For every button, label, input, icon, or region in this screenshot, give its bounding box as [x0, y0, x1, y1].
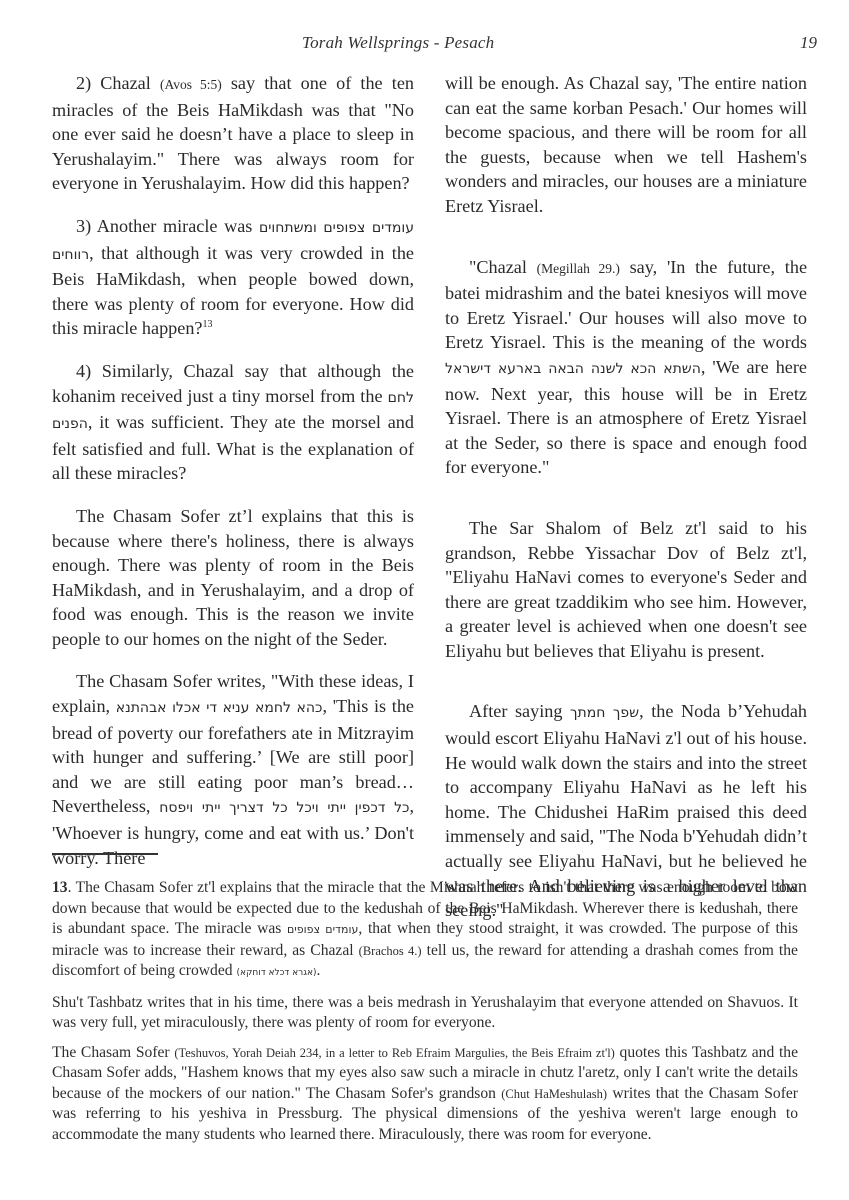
- footnote-13: 13. The Chasam Sofer zt'l explains that …: [52, 878, 798, 984]
- hebrew-quote: עומדים צפופים: [287, 923, 358, 936]
- hebrew-quote: כל דכפין ייתי ויכל כל דצריך ייתי ויפסח: [159, 800, 409, 816]
- paragraph-miracle-4: 4) Similarly, Chazal say that although t…: [52, 359, 414, 486]
- text: 2) Chazal: [76, 73, 160, 93]
- running-head: Torah Wellsprings - Pesach 19: [0, 33, 849, 57]
- paragraph-miracle-3: 3) Another miracle was עומדים צפופים ומש…: [52, 214, 414, 341]
- footnote-divider: [52, 853, 158, 855]
- paragraph-chazal-megillah: "Chazal (Megillah 29.) say, 'In the futu…: [445, 255, 807, 480]
- paragraph-miracle-2: 2) Chazal (Avos 5:5) say that one of the…: [52, 71, 414, 196]
- text: The Chasam Sofer zt’l explains that this…: [52, 506, 414, 649]
- footnotes: 13. The Chasam Sofer zt'l explains that …: [52, 878, 798, 1154]
- text: "Chazal: [469, 257, 537, 277]
- text: 4) Similarly, Chazal say that although t…: [52, 361, 414, 406]
- paragraph-sar-shalom: The Sar Shalom of Belz zt'l said to his …: [445, 516, 807, 664]
- text: , it was sufficient. They ate the morsel…: [52, 412, 414, 483]
- running-title: Torah Wellsprings - Pesach: [302, 33, 494, 53]
- text: The Sar Shalom of Belz zt'l said to his …: [445, 518, 807, 661]
- citation: (Teshuvos, Yorah Deiah 234, in a letter …: [174, 1046, 615, 1060]
- text: After saying: [469, 701, 570, 721]
- hebrew-quote: השתא הכא לשנה הבאה בארעא דישראל: [445, 361, 701, 377]
- footnote-number: 13: [52, 879, 68, 896]
- citation: (Brachos 4.): [359, 944, 422, 958]
- footnote-chasam-sofer-teshuvos: The Chasam Sofer (Teshuvos, Yorah Deiah …: [52, 1043, 798, 1146]
- text: 3) Another miracle was: [76, 216, 259, 236]
- text: The Chasam Sofer: [52, 1044, 174, 1061]
- footnote-tashbatz: Shu't Tashbatz writes that in his time, …: [52, 993, 798, 1034]
- paragraph-chasam-sofer-explains: The Chasam Sofer zt’l explains that this…: [52, 504, 414, 652]
- text: will be enough. As Chazal say, 'The enti…: [445, 73, 807, 216]
- text: Shu't Tashbatz writes that in his time, …: [52, 994, 798, 1032]
- left-column: 2) Chazal (Avos 5:5) say that one of the…: [52, 71, 414, 870]
- hebrew-quote: כהא לחמא עניא די אכלו אבהתנא: [116, 700, 323, 716]
- citation: (Avos 5:5): [160, 77, 222, 92]
- footnote-reference[interactable]: 13: [203, 319, 213, 330]
- text: , that although it was very crowded in t…: [52, 243, 414, 339]
- right-column: will be enough. As Chazal say, 'The enti…: [445, 71, 807, 923]
- citation: (Chut HaMeshulash): [501, 1087, 607, 1101]
- paragraph-chasam-sofer-writes: The Chasam Sofer writes, "With these ide…: [52, 669, 414, 870]
- text: .: [317, 962, 321, 979]
- citation: (Megillah 29.): [537, 261, 620, 276]
- page-number: 19: [800, 33, 817, 53]
- paragraph-continuation: will be enough. As Chazal say, 'The enti…: [445, 71, 807, 219]
- hebrew-quote: (אגרא דכלא דוחקא): [236, 968, 316, 978]
- hebrew-quote: שפך חמתך: [570, 705, 639, 721]
